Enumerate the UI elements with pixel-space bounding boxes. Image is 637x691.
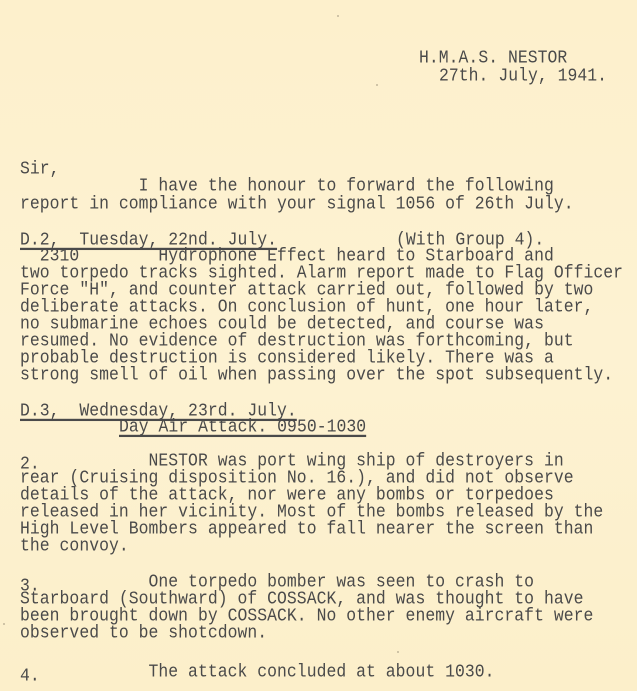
intro-line: report in compliance with your signal 10…: [20, 195, 574, 213]
para3-line: observed to be shotcdown.: [20, 624, 267, 642]
paper-speck: [337, 15, 339, 17]
paper-speck: [397, 651, 399, 653]
d2-line: strong smell of oil when passing over th…: [20, 366, 613, 384]
section-subheading-d3: Day Air Attack. 0950-1030: [119, 418, 366, 436]
paper-speck: [3, 623, 5, 625]
paper-speck: [376, 84, 378, 86]
para2-line: the convoy.: [20, 537, 129, 555]
para4-line: The attack concluded at about 1030.: [20, 663, 495, 681]
document-page: H.M.A.S. NESTOR 27th. July, 1941. Sir, I…: [0, 0, 637, 691]
letter-date: 27th. July, 1941.: [439, 67, 607, 85]
